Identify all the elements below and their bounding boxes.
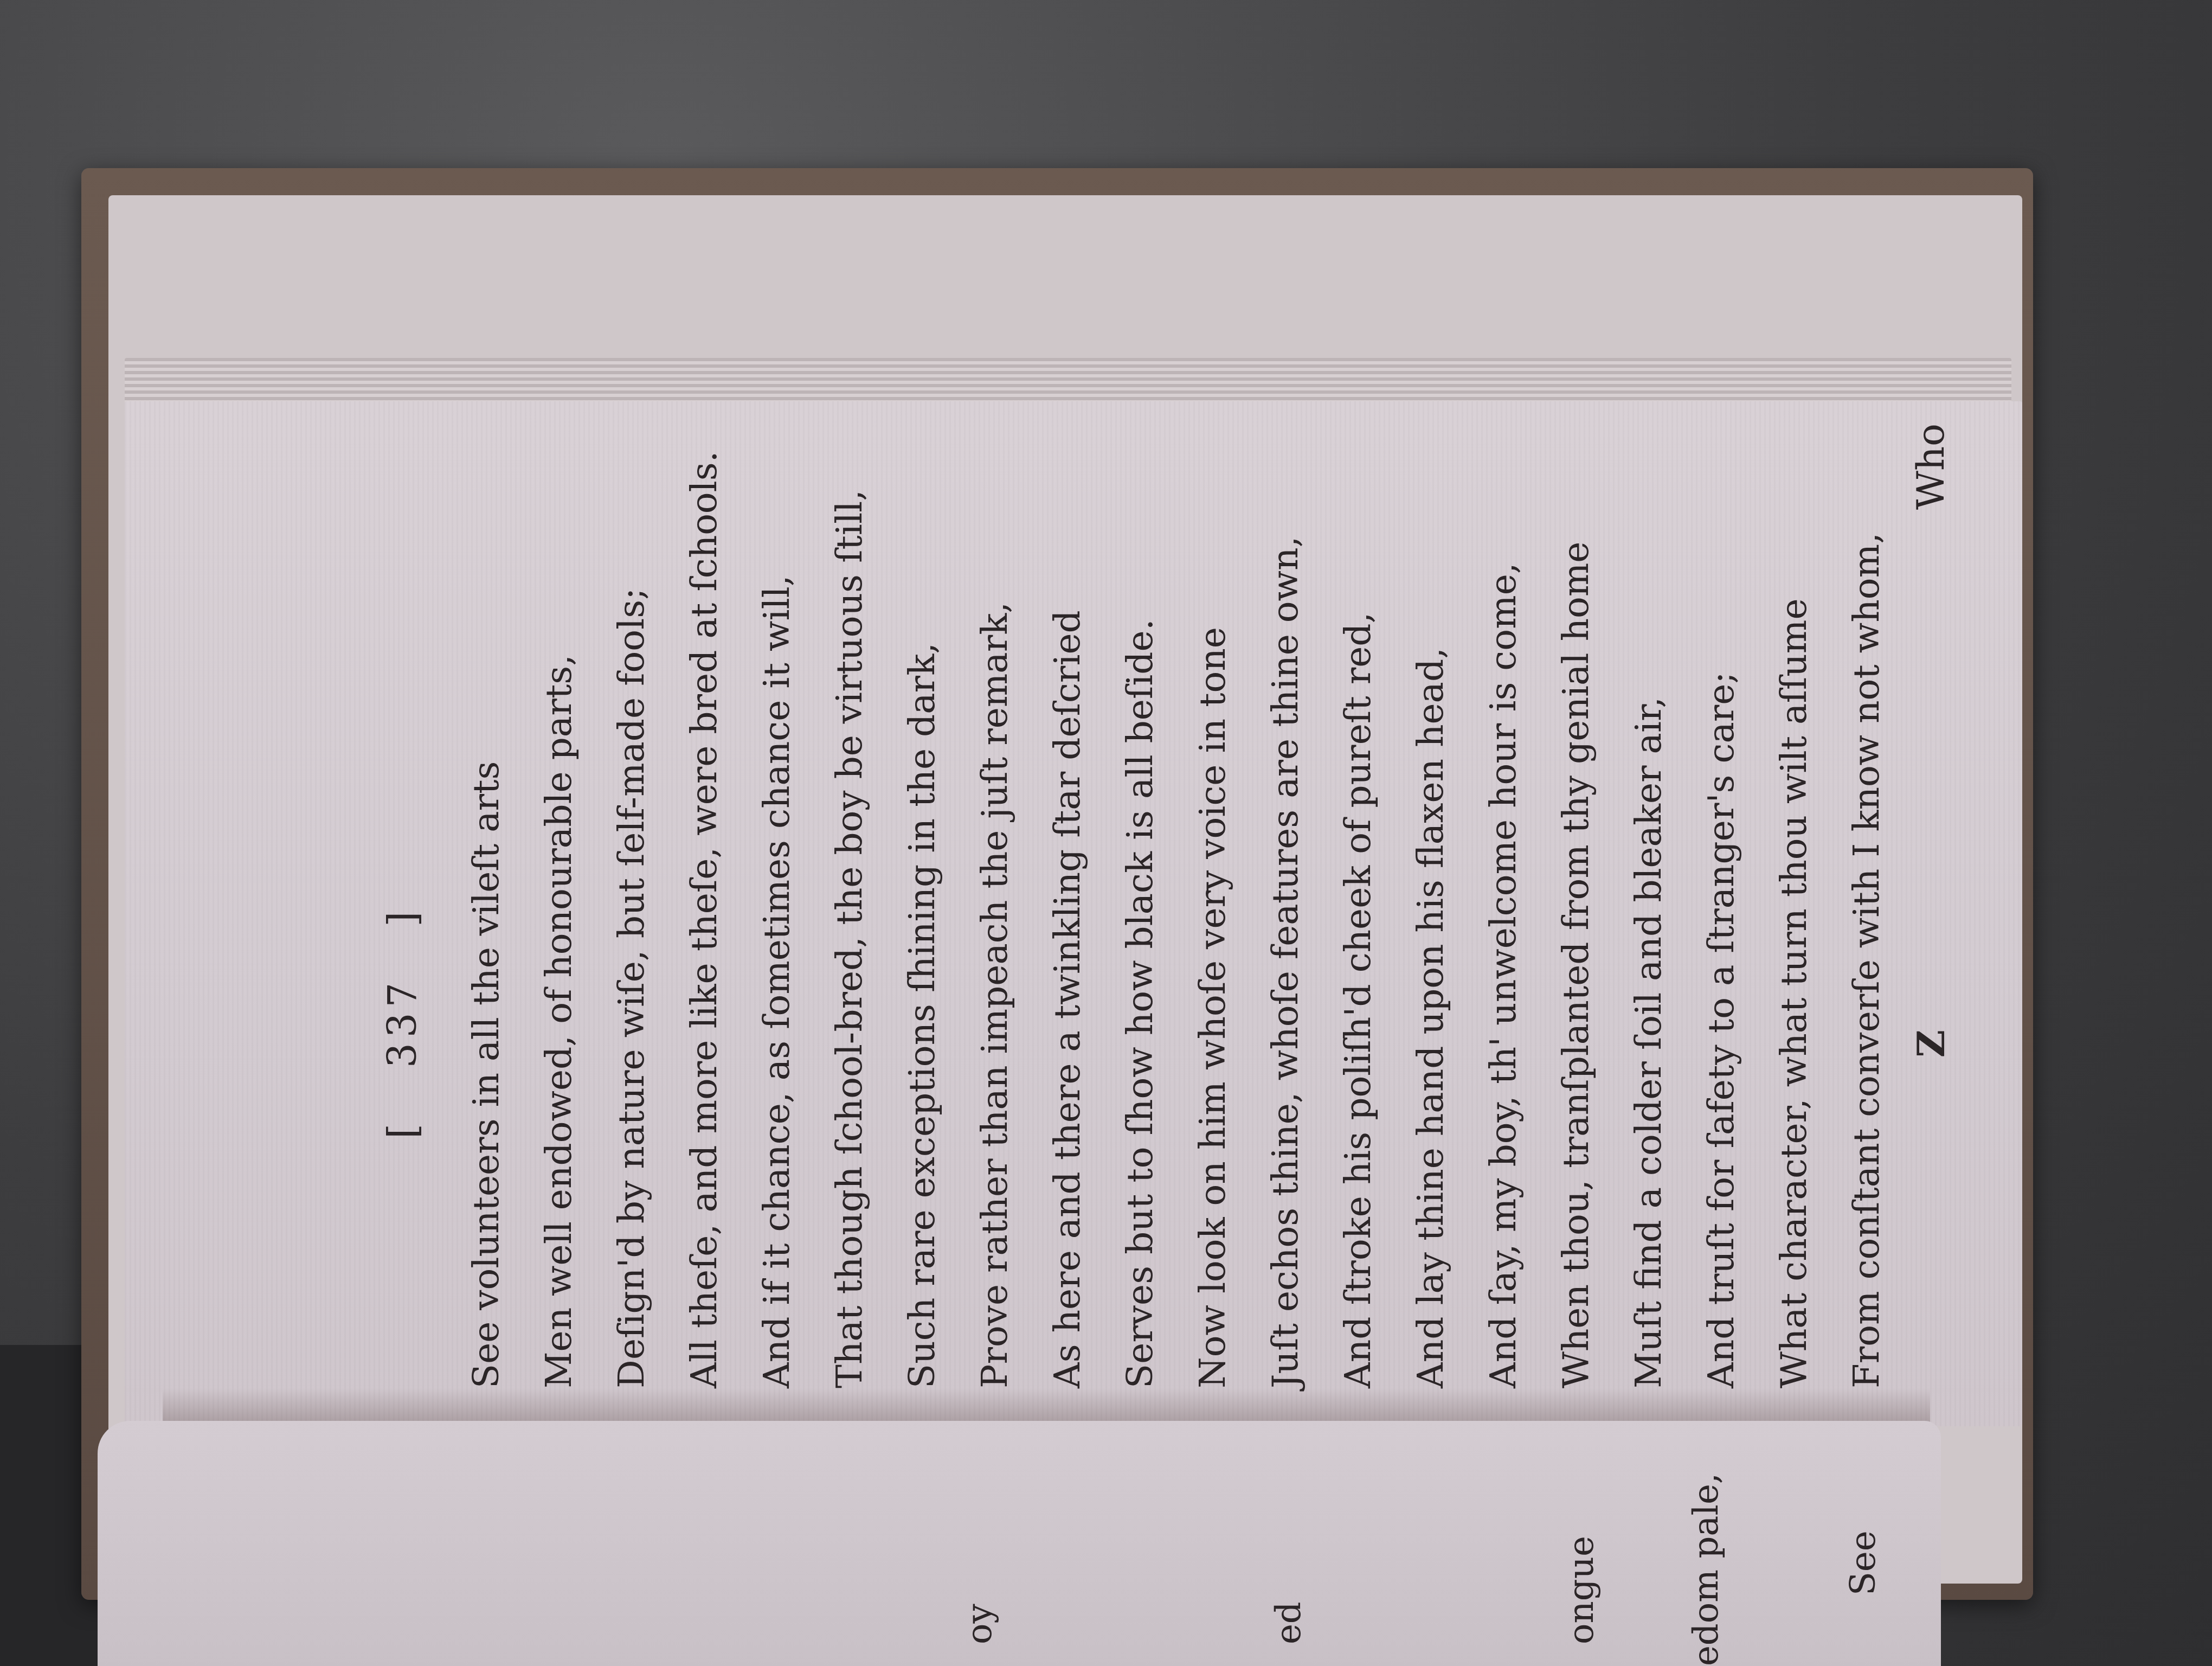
facing-fragment: edom pale, xyxy=(1686,1473,1726,1666)
verse-line: When thou, tranſplanted from thy genial … xyxy=(1540,358,1612,1388)
page-footer: Z Who xyxy=(1903,358,1979,1388)
verse-line: Juſt echos thine, whoſe features are thi… xyxy=(1249,358,1322,1388)
verse-line: And lay thine hand upon his flaxen head, xyxy=(1394,358,1467,1388)
verse-line: All theſe, and more like theſe, were bre… xyxy=(668,358,741,1388)
verse-line: And if it chance, as ſometimes chance it… xyxy=(741,358,813,1388)
verse-line: Muſt find a colder ſoil and bleaker air, xyxy=(1612,358,1685,1388)
header-open-bracket: [ xyxy=(380,1118,425,1139)
verse-line: What character, what turn thou wilt aſſu… xyxy=(1758,358,1830,1388)
signature-mark: Z xyxy=(1908,1030,1953,1058)
verse-line: Deſign'd by nature wiſe, but ſelf-made f… xyxy=(595,358,668,1388)
page-number: 337 xyxy=(380,977,425,1068)
facing-fragment: See xyxy=(1843,1530,1883,1595)
facing-fragment: ongue xyxy=(1561,1536,1602,1644)
header-close-bracket: ] xyxy=(380,906,425,927)
page-header: [ 337 ] xyxy=(380,358,434,1139)
verse-line: Now look on him whoſe very voice in tone xyxy=(1176,358,1249,1388)
verse-line: Men well endowed, of honourable parts, xyxy=(523,358,595,1388)
verse-line: And ſay, my boy, th' unwelcome hour is c… xyxy=(1467,358,1540,1388)
verse-line: Such rare exceptions ſhining in the dark… xyxy=(886,358,959,1388)
verse-line: See volunteers in all the vileſt arts xyxy=(450,358,523,1388)
verse-line: From conſtant converſe with I know not w… xyxy=(1830,358,1903,1388)
left-facing-page xyxy=(98,1421,1941,1666)
verse-line: And truſt for ſafety to a ſtranger's car… xyxy=(1685,358,1758,1388)
verse-line: As here and there a twinkling ſtar deſcr… xyxy=(1031,358,1104,1388)
facing-fragment: oy xyxy=(960,1604,1000,1644)
verse-line: Prove rather than impeach the juſt remar… xyxy=(959,358,1031,1388)
verse-line: That though ſchool-bred, the boy be virt… xyxy=(813,358,886,1388)
verse-line: And ſtroke his poliſh'd cheek of pureſt … xyxy=(1322,358,1394,1388)
verse-line: Serves but to ſhow how black is all beſi… xyxy=(1104,358,1176,1388)
page-text-block: [ 337 ] See volunteers in all the vileſt… xyxy=(380,358,1979,1388)
catchword: Who xyxy=(1908,424,1953,510)
facing-fragment: ed xyxy=(1269,1601,1309,1644)
